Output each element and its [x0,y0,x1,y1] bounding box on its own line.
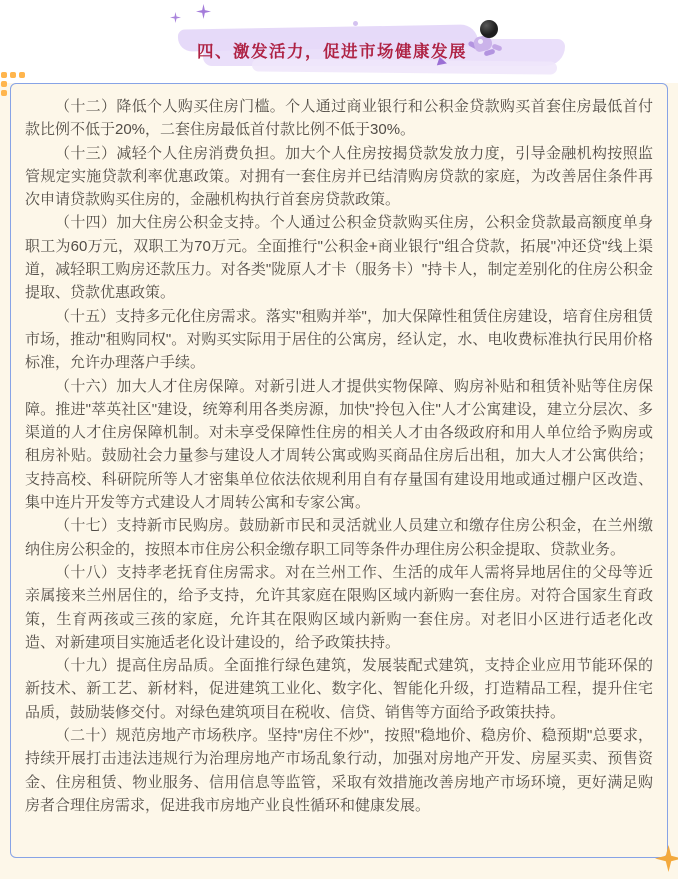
policy-paragraph: （十三）减轻个人住房消费负担。加大个人住房按揭贷款发放力度，引导金融机构按照监管… [25,142,653,212]
policy-paragraph: （十七）支持新市民购房。鼓励新市民和灵活就业人员建立和缴存住房公积金，在兰州缴纳… [25,514,653,561]
policy-text-panel: （十二）降低个人购买住房门槛。个人通过商业银行和公积金贷款购买首套住房最低首付款… [10,83,668,858]
policy-paragraph: （十二）降低个人购买住房门槛。个人通过商业银行和公积金贷款购买首套住房最低首付款… [25,95,653,142]
policy-paragraph: （十八）支持孝老抚育住房需求。对在兰州工作、生活的成年人需将异地居住的父母等近亲… [25,561,653,654]
section-title: 四、激发活力，促进市场健康发展 [0,38,664,62]
policy-paragraph: （十四）加大住房公积金支持。个人通过公积金贷款购买住房，公积金贷款最高额度单身职… [25,211,653,304]
policy-paragraphs: （十二）降低个人购买住房门槛。个人通过商业银行和公积金贷款购买首套住房最低首付款… [25,95,653,817]
section-header: 四、激发活力，促进市场健康发展 [0,0,678,83]
astronaut-highlight [478,39,483,44]
sparkle-icon [170,12,181,23]
sparkle-dot-icon [353,21,358,26]
policy-paragraph: （二十）规范房地产市场秩序。坚持"房住不炒"，按照"稳地价、稳房价、稳预期"总要… [25,724,653,817]
corner-dots-decoration [0,70,30,100]
policy-paragraph: （十九）提高住房品质。全面推行绿色建筑，发展装配式建筑，支持企业应用节能环保的新… [25,654,653,724]
policy-paragraph: （十五）支持多元化住房需求。落实"租购并举"，加大保障性租赁住房建设，培育住房租… [25,305,653,375]
astronaut-illustration [468,18,512,68]
policy-paragraph: （十六）加大人才住房保障。对新引进人才提供实物保障、购房补贴和租赁补贴等住房保障… [25,375,653,515]
astronaut-helmet [480,20,498,38]
sparkle-icon [196,4,211,19]
